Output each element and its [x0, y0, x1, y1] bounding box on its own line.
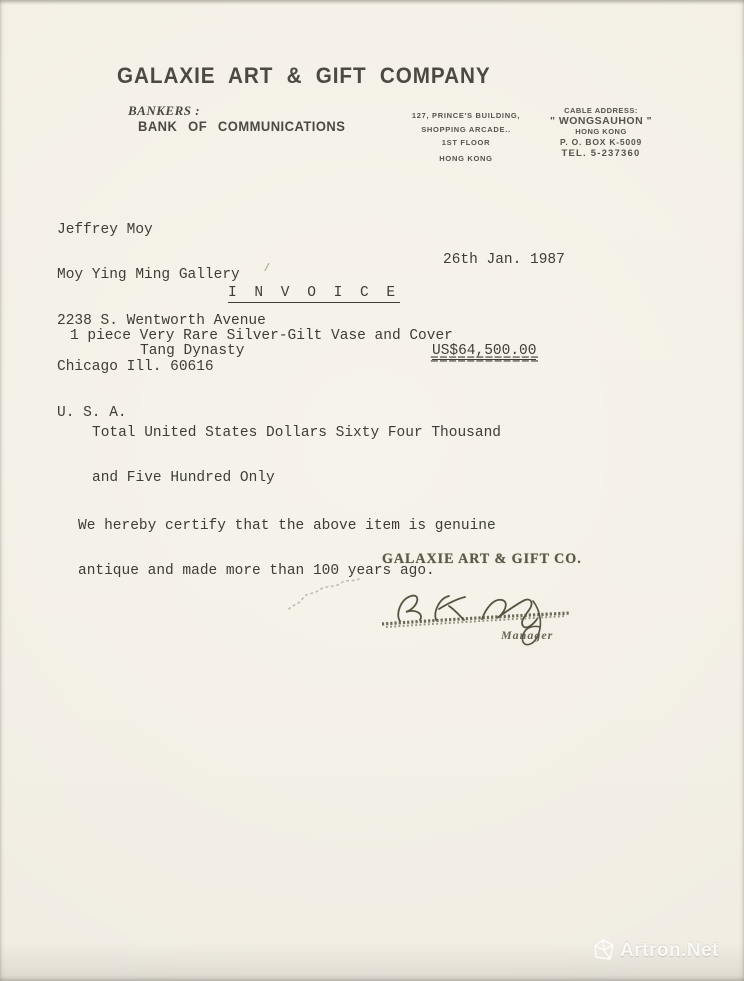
- company-name: GALAXIE ART & GIFT COMPANY: [117, 63, 491, 89]
- office-address-block: 127, PRINCE'S BUILDING, SHOPPING ARCADE.…: [398, 109, 534, 165]
- invoice-item-description: 1 piece Very Rare Silver-Gilt Vase and C…: [70, 329, 453, 344]
- address-line: HONG KONG: [398, 152, 534, 166]
- watermark: Artron.Net: [592, 938, 719, 964]
- total-line: and Five Hundred Only: [92, 471, 501, 486]
- total-line: Total United States Dollars Sixty Four T…: [92, 426, 501, 441]
- amount-double-rule: ============: [430, 354, 539, 369]
- cable-address-block: CABLE ADDRESS: " WONGSAUHON " HONG KONG …: [531, 106, 671, 159]
- bankers-label: BANKERS :: [128, 103, 200, 119]
- recipient-line: Moy Ying Ming Gallery: [57, 268, 266, 283]
- address-line: 127, PRINCE'S BUILDING,: [398, 109, 534, 123]
- address-line: SHOPPING ARCADE..: [398, 123, 534, 137]
- recipient-line: Chicago Ill. 60616: [57, 360, 266, 375]
- cable-city: HONG KONG: [531, 127, 671, 137]
- invoice-title: I N V O I C E: [228, 286, 400, 303]
- manager-signature: Manager: [370, 583, 580, 655]
- bank-name: BANK OF COMMUNICATIONS: [138, 119, 345, 134]
- faint-pencil-scribble: [283, 571, 368, 616]
- invoice-item-dynasty: Tang Dynasty: [140, 344, 244, 359]
- scanned-invoice-page: GALAXIE ART & GIFT COMPANY BANKERS : BAN…: [0, 0, 744, 981]
- po-box: P. O. BOX K-5009: [531, 137, 671, 148]
- manager-title-text: Manager: [500, 628, 553, 642]
- address-line: 1ST FLOOR: [398, 136, 534, 150]
- watermark-text: Artron.Net: [620, 940, 719, 962]
- pencil-tick-mark: [264, 263, 274, 274]
- recipient-line: Jeffrey Moy: [57, 223, 266, 238]
- artron-gem-icon: [592, 938, 616, 964]
- cable-name: " WONGSAUHON ": [531, 116, 671, 127]
- certification-line: We hereby certify that the above item is…: [78, 519, 496, 534]
- invoice-date: 26th Jan. 1987: [443, 253, 565, 268]
- telephone: TEL. 5-237360: [531, 148, 671, 159]
- company-stamp: GALAXIE ART & GIFT CO.: [382, 551, 582, 568]
